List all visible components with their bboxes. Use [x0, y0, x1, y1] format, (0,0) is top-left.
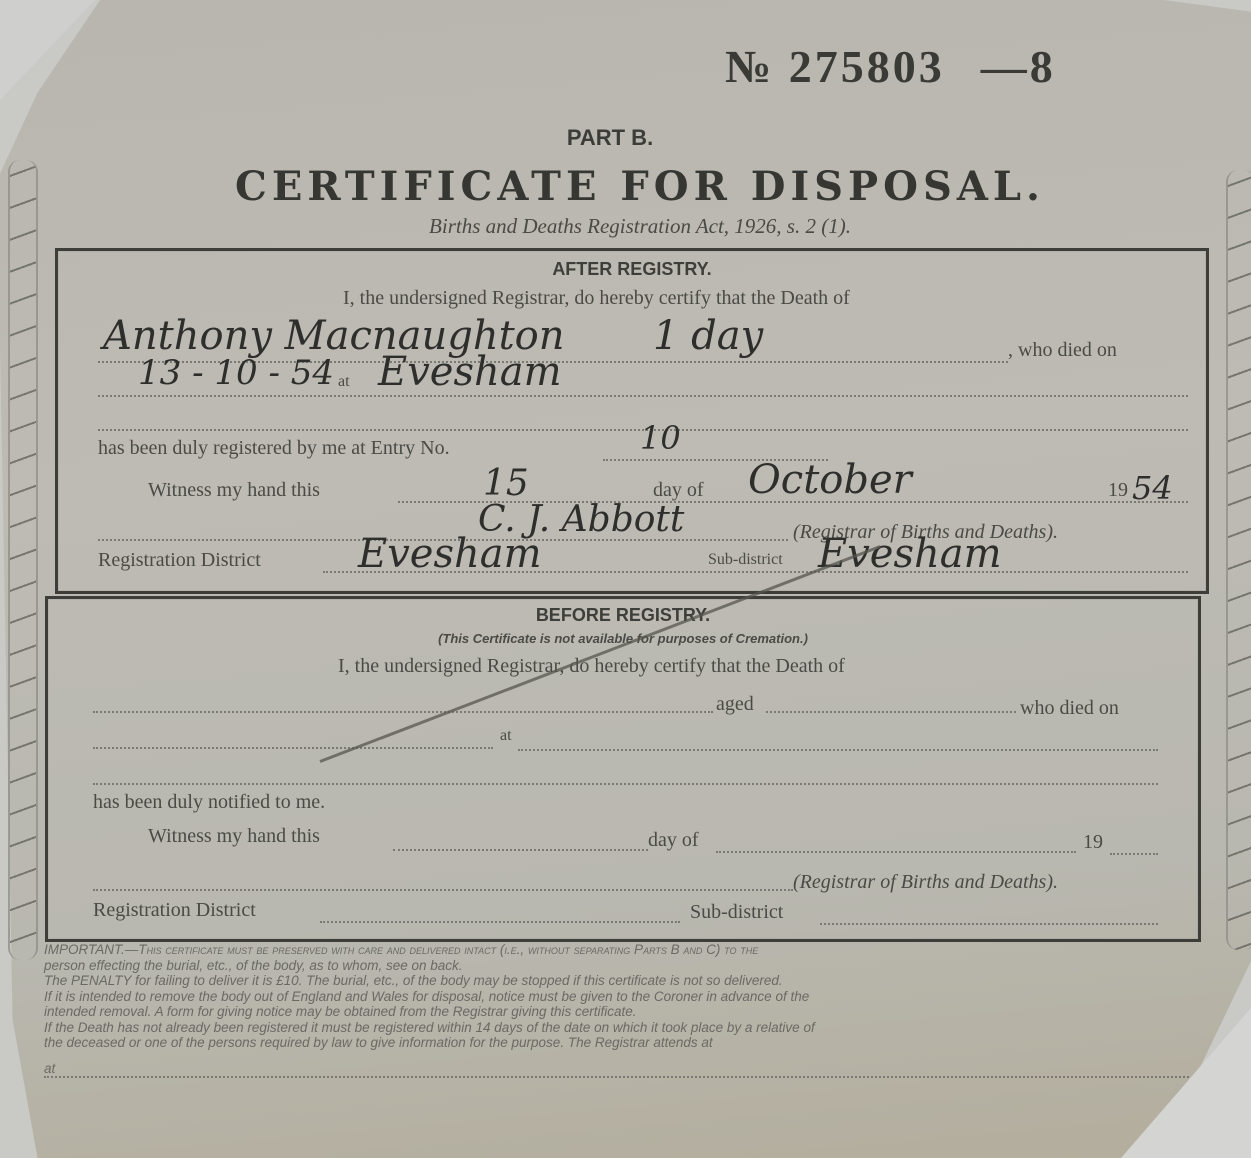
- certificate-title: CERTIFICATE FOR DISPOSAL.: [140, 163, 1140, 210]
- who-died-on-label: , who died on: [1008, 339, 1117, 362]
- notice-line-8: at: [44, 1061, 1189, 1079]
- notice-line-6: If the Death has not already been regist…: [44, 1020, 1194, 1036]
- witness-month: October: [748, 457, 912, 503]
- serial-suffix: —8: [981, 41, 1056, 92]
- before-name-line: [93, 711, 713, 713]
- before-month-line: [716, 851, 1076, 853]
- notice-line-3: The PENALTY for failing to deliver it is…: [44, 973, 1194, 989]
- aged-line: [766, 711, 1016, 713]
- before-subdistrict-line: [820, 923, 1158, 925]
- notice-line-2: person effecting the burial, etc., of th…: [44, 958, 1194, 974]
- before-place-line: [518, 749, 1158, 751]
- before-year-line: [1110, 853, 1158, 855]
- before-district-label: Registration District: [93, 899, 256, 922]
- after-year-prefix: 19: [1108, 479, 1128, 502]
- serial-number: № 275803—8: [725, 40, 1056, 93]
- before-year-prefix: 19: [1083, 831, 1103, 854]
- decorative-rope-border-left: [8, 160, 38, 960]
- at-label: at: [338, 373, 350, 391]
- after-district-label: Registration District: [98, 549, 261, 572]
- before-who-died-on-label: who died on: [1020, 697, 1119, 720]
- before-signature-line: [93, 889, 793, 891]
- after-witness-label: Witness my hand this: [148, 479, 320, 502]
- notice-line-7: the deceased or one of the persons requi…: [44, 1035, 1194, 1051]
- before-at-label: at: [500, 727, 512, 745]
- part-label: PART B.: [0, 125, 1220, 151]
- before-day-of-label: day of: [648, 829, 699, 852]
- after-subdistrict-label: Sub-district: [708, 551, 783, 569]
- before-witness-label: Witness my hand this: [148, 825, 320, 848]
- after-certify-text: I, the undersigned Registrar, do hereby …: [343, 287, 850, 310]
- witness-day: 15: [483, 463, 529, 504]
- before-subdistrict-label: Sub-district: [690, 901, 783, 924]
- notice-line-5: intended removal. A form for giving noti…: [44, 1004, 1194, 1020]
- notice-line-4: If it is intended to remove the body out…: [44, 989, 1194, 1005]
- aged-label: aged: [716, 693, 754, 716]
- place-of-death: Evesham: [378, 349, 562, 395]
- before-registry-heading: BEFORE REGISTRY.: [48, 605, 1198, 626]
- death-date-place-line: [98, 395, 1188, 397]
- witness-year: 54: [1132, 469, 1173, 507]
- important-notice: IMPORTANT.—This certificate must be pres…: [44, 942, 1194, 1078]
- registration-district: Evesham: [358, 531, 542, 577]
- sub-district: Evesham: [818, 531, 1002, 577]
- serial-number-value: № 275803: [725, 41, 945, 92]
- registered-text: has been duly registered by me at Entry …: [98, 437, 450, 460]
- before-registry-section: BEFORE REGISTRY. (This Certificate is no…: [45, 596, 1201, 942]
- after-registry-heading: AFTER REGISTRY.: [58, 259, 1206, 280]
- entry-number: 10: [640, 419, 681, 457]
- before-registrar-label: (Registrar of Births and Deaths).: [793, 871, 1058, 894]
- before-day-line: [393, 849, 648, 851]
- before-district-line: [320, 921, 680, 923]
- notice-line-1: IMPORTANT.—This certificate must be pres…: [44, 942, 1194, 958]
- date-of-death: 13 - 10 - 54: [138, 353, 334, 393]
- act-reference: Births and Deaths Registration Act, 1926…: [140, 214, 1140, 239]
- after-registry-section: AFTER REGISTRY. I, the undersigned Regis…: [55, 248, 1209, 594]
- deceased-age: 1 day: [653, 313, 763, 359]
- before-date-line: [93, 747, 493, 749]
- notified-text: has been duly notified to me.: [93, 791, 325, 814]
- before-blank-line: [93, 783, 1158, 785]
- decorative-rope-border-right: [1226, 170, 1251, 950]
